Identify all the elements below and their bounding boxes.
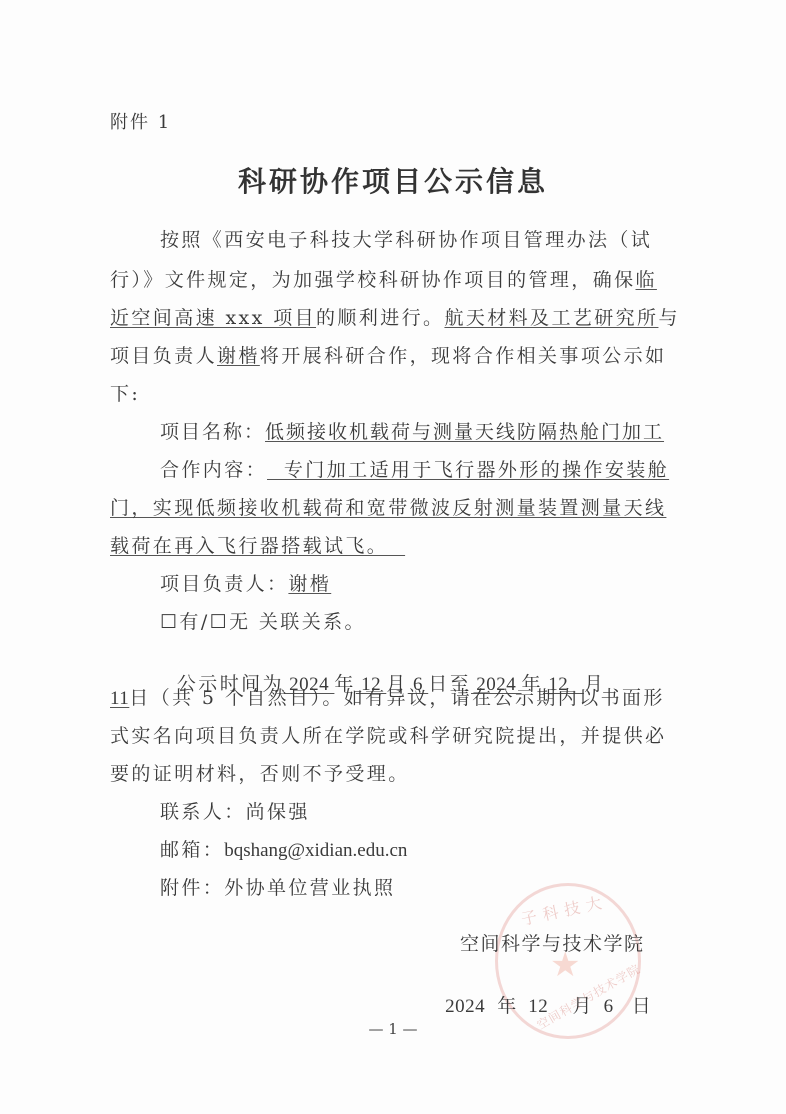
page-number: — 1 — xyxy=(0,1020,786,1038)
intro-line-4-pre: 项目负责人 xyxy=(110,345,217,367)
intro-line-4-post: 将开展科研合作，现将合作相关事项公示如 xyxy=(260,345,667,367)
sig-day: 6 xyxy=(604,996,614,1017)
sig-day-char: 日 xyxy=(632,995,651,1017)
contact-person: 联系人：尚保强 xyxy=(160,800,310,824)
email-address: bqshang@xidian.edu.cn xyxy=(224,840,407,861)
sig-month: 12 xyxy=(528,996,548,1017)
sig-year: 2024 xyxy=(445,996,485,1017)
leader-label: 项目负责人： xyxy=(160,573,288,595)
intro-line-2-text: 行）》文件规定，为加强学校科研协作项目的管理，确保 xyxy=(110,269,636,291)
publicity-line-2-text: 日（共 5 个自然日）。如有异议，请在公示期内以书面形 xyxy=(129,687,664,709)
intro-line-5: 下: xyxy=(110,382,140,406)
content-row: 合作内容： 专门加工适用于飞行器外形的操作安装舱 xyxy=(160,458,669,482)
email-label: 邮箱： xyxy=(160,839,224,861)
intro-line-4: 项目负责人谢楷将开展科研合作，现将合作相关事项公示如 xyxy=(110,344,666,368)
end-day: 11 xyxy=(110,688,129,709)
leader-value: 谢楷 xyxy=(288,573,331,595)
project-ref: 近空间高速 xxx 项目 xyxy=(110,307,316,329)
intro-line-1: 按照《西安电子科技大学科研协作项目管理办法（试 xyxy=(160,228,652,252)
project-ref-start: 临 xyxy=(636,269,657,291)
leader-name-inline: 谢楷 xyxy=(217,345,260,367)
leader-row: 项目负责人：谢楷 xyxy=(160,572,331,596)
signature-org: 空间科学与技术学院 xyxy=(460,932,645,956)
signature-date: 2024 年 12 月 6 日 xyxy=(433,970,651,1019)
publicity-line-2: 11日（共 5 个自然日）。如有异议，请在公示期内以书面形 xyxy=(110,686,665,711)
project-name-value: 低频接收机载荷与测量天线防隔热舱门加工 xyxy=(265,421,664,443)
content-value-1: 专门加工适用于飞行器外形的操作安装舱 xyxy=(267,459,669,481)
project-name-label: 项目名称： xyxy=(160,421,265,443)
relation-checkbox-row: ☐有/☐无 关联关系。 xyxy=(160,610,366,634)
sig-month-char: 月 xyxy=(572,995,591,1017)
content-value-3: 载荷在再入飞行器搭载试飞。 xyxy=(110,534,405,558)
sig-year-char: 年 xyxy=(497,995,516,1017)
publicity-line-3: 式实名向项目负责人所在学院或科学研究院提出，并提供必 xyxy=(110,724,666,748)
contact-email-row: 邮箱：bqshang@xidian.edu.cn xyxy=(160,838,407,863)
attachment-label: 附件 1 xyxy=(110,108,171,134)
partner-org: 航天材料及工艺研究所 xyxy=(444,307,658,329)
content-value-2: 门，实现低频接收机载荷和宽带微波反射测量装置测量天线 xyxy=(110,496,666,520)
contact-attachment: 附件：外协单位营业执照 xyxy=(160,876,395,900)
intro-line-2: 行）》文件规定，为加强学校科研协作项目的管理，确保临 xyxy=(110,268,657,292)
intro-line-3-mid: 的顺利进行。 xyxy=(316,307,444,329)
content-label: 合作内容： xyxy=(160,459,267,481)
project-name-row: 项目名称：低频接收机载荷与测量天线防隔热舱门加工 xyxy=(160,420,664,444)
intro-line-3: 近空间高速 xxx 项目的顺利进行。航天材料及工艺研究所与 xyxy=(110,306,680,330)
intro-line-3-post: 与 xyxy=(658,307,679,329)
page-title: 科研协作项目公示信息 xyxy=(0,160,786,200)
publicity-line-4: 要的证明材料，否则不予受理。 xyxy=(110,762,410,786)
